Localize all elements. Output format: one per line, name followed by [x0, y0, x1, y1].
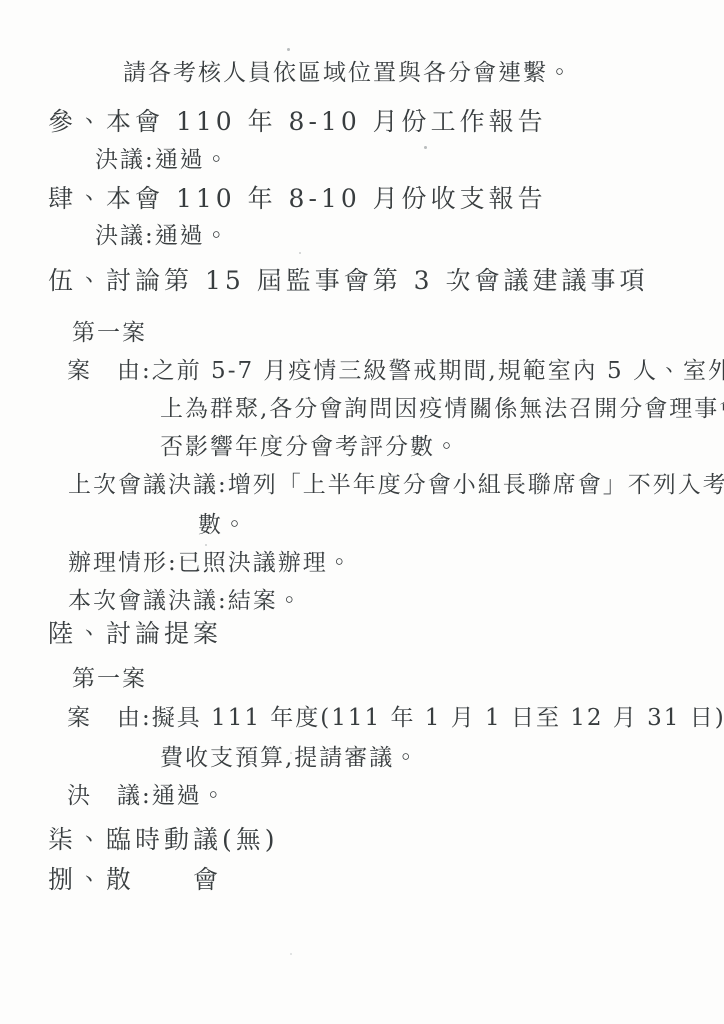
section-5-case-subject-line-1: 案 由:之前 5-7 月疫情三級警戒期間,規範室內 5 人、室外 10 人以 — [67, 358, 724, 386]
previous-meeting-resolution-line-1: 上次會議決議:增列「上半年度分會小組長聯席會」不列入考評分 — [68, 472, 724, 500]
section-6-proposals-heading: 陸、討論提案 — [48, 619, 222, 649]
section-6-case-subject-line-2: 費收支預算,提請審議。 — [160, 745, 419, 773]
scan-speck — [299, 252, 301, 254]
section-5-case-1-label: 第一案 — [72, 320, 147, 348]
scan-speck — [424, 146, 427, 149]
carryover-note-line: 請各考核人員依區域位置與各分會連繫。 — [123, 60, 573, 88]
section-5-case-subject-line-3: 否影響年度分會考評分數。 — [160, 434, 460, 462]
scan-speck — [290, 752, 292, 754]
section-6-resolution-line: 決 議:通過。 — [67, 783, 227, 811]
section-4-resolution-line: 決議:通過。 — [95, 223, 230, 251]
document-page: 請各考核人員依區域位置與各分會連繫。 參、本會 110 年 8-10 月份工作報… — [0, 0, 724, 1024]
section-5-case-subject-line-2: 上為群聚,各分會詢問因疫情關係無法召開分會理事會議,是 — [160, 396, 724, 424]
section-3-work-report-heading: 參、本會 110 年 8-10 月份工作報告 — [48, 107, 547, 137]
scan-speck — [205, 544, 207, 546]
section-6-case-subject-line-1: 案 由:擬具 111 年度(111 年 1 月 1 日至 12 月 31 日)工… — [67, 705, 724, 733]
section-5-supervisors-suggestions-heading: 伍、討論第 15 屆監事會第 3 次會議建議事項 — [48, 266, 649, 296]
handling-status-line: 辦理情形:已照決議辦理。 — [68, 550, 353, 578]
section-8-adjournment-heading: 捌、散 會 — [48, 865, 222, 895]
section-6-case-1-label: 第一案 — [72, 666, 147, 694]
scan-speck — [290, 953, 292, 955]
previous-meeting-resolution-line-2: 數。 — [198, 512, 248, 540]
section-7-extempore-motions-heading: 柒、臨時動議(無) — [48, 825, 279, 855]
section-3-resolution-line: 決議:通過。 — [95, 147, 230, 175]
section-4-finance-report-heading: 肆、本會 110 年 8-10 月份收支報告 — [48, 184, 547, 214]
scan-speck — [287, 48, 290, 51]
current-meeting-resolution-line: 本次會議決議:結案。 — [68, 588, 303, 616]
